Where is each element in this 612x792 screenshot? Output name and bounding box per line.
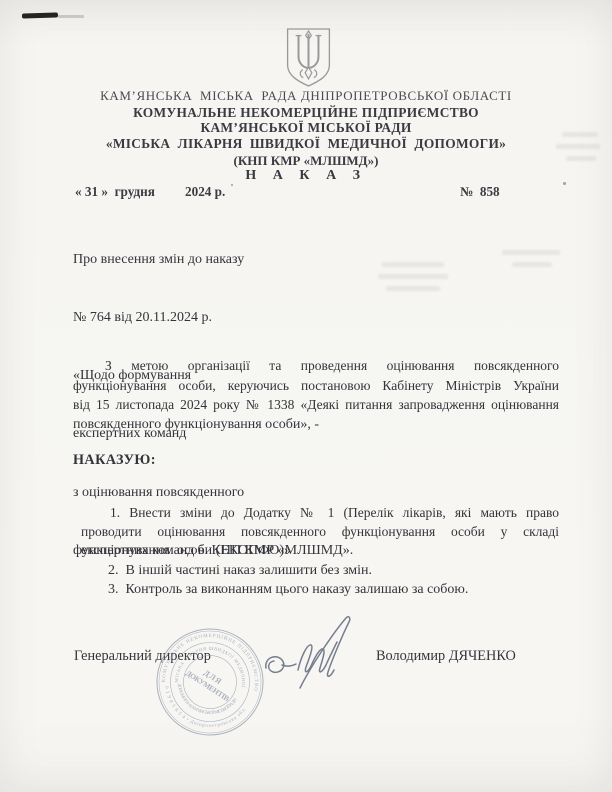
header-enterprise-line: КОМУНАЛЬНЕ НЕКОМЕРЦІЙНЕ ПІДПРИЄМСТВО (0, 105, 612, 121)
preamble-line: від 15 листопада 2024 року № 1338 «Деякі… (73, 395, 559, 415)
preamble-line: З метою організації та проведення оцінюв… (73, 356, 559, 376)
scan-speck-right (563, 182, 566, 185)
bleedthrough-mark (386, 286, 440, 291)
preamble-line: функціонування особи, керуючись постанов… (73, 376, 559, 396)
order-year: 2024 р. (185, 184, 225, 200)
scan-artifact-dash (22, 12, 58, 18)
bleedthrough-mark (382, 262, 444, 267)
preamble-line: повсякденного функціонування особи», - (73, 415, 559, 435)
order-number: № 858 (460, 184, 500, 200)
subject-line: з оцінювання повсякденного (73, 483, 291, 502)
bleedthrough-mark (566, 156, 596, 161)
header-hospital-line: «МІСЬКА ЛІКАРНЯ ШВИДКОЇ МЕДИЧНОЇ ДОПОМОГ… (0, 136, 612, 152)
document-type-title: Н А К А З (0, 168, 612, 184)
subject-line: № 764 від 20.11.2024 р. (73, 308, 291, 327)
round-stamp: КОМУНАЛЬНЕ НЕКОМЕРЦІЙНЕ ПІДПРИЄМСТВО 0 1… (152, 624, 268, 740)
item-line: експертних команд в КНП КМР «МЛШМД». (73, 541, 559, 560)
item-line: проводити оцінювання повсякденного функц… (73, 522, 559, 541)
date-number-row: « 31 » грудня 2024 р. № 858 (0, 184, 612, 204)
bleedthrough-mark (502, 250, 560, 255)
bleedthrough-mark (556, 144, 600, 149)
handwritten-signature (256, 612, 356, 692)
item-line: 2. В іншій частині наказ залишити без зм… (73, 561, 559, 580)
preamble-paragraph: З метою організації та проведення оцінюв… (73, 356, 559, 434)
order-date: « 31 » грудня (75, 184, 155, 200)
item-line: 3. Контроль за виконанням цього наказу з… (73, 580, 559, 599)
bleedthrough-mark (378, 274, 448, 279)
header-abbrev-line: (КНП КМР «МЛШМД») (0, 153, 612, 169)
scanned-order-document: КАМ’ЯНСЬКА МІСЬКА РАДА ДНІПРОПЕТРОВСЬКОЇ… (0, 0, 612, 792)
item-line: 1. Внести зміни до Додатку № 1 (Перелік … (73, 503, 559, 522)
signatory-name: Володимир ДЯЧЕНКО (376, 648, 516, 665)
header-council-line: КАМ’ЯНСЬКА МІСЬКА РАДА ДНІПРОПЕТРОВСЬКОЇ… (0, 88, 612, 104)
bleedthrough-mark (512, 262, 552, 267)
scan-speck-after-year (231, 184, 233, 186)
tryzub-emblem-icon (280, 26, 337, 89)
subject-line: Про внесення змін до наказу (73, 250, 291, 269)
order-declaration: НАКАЗУЮ: (73, 452, 156, 469)
bleedthrough-mark (562, 132, 598, 137)
order-items: 1. Внести зміни до Додатку № 1 (Перелік … (73, 503, 559, 599)
header-city-line: КАМ’ЯНСЬКОЇ МІСЬКОЇ РАДИ (0, 120, 612, 136)
scan-artifact-smear (58, 15, 84, 18)
